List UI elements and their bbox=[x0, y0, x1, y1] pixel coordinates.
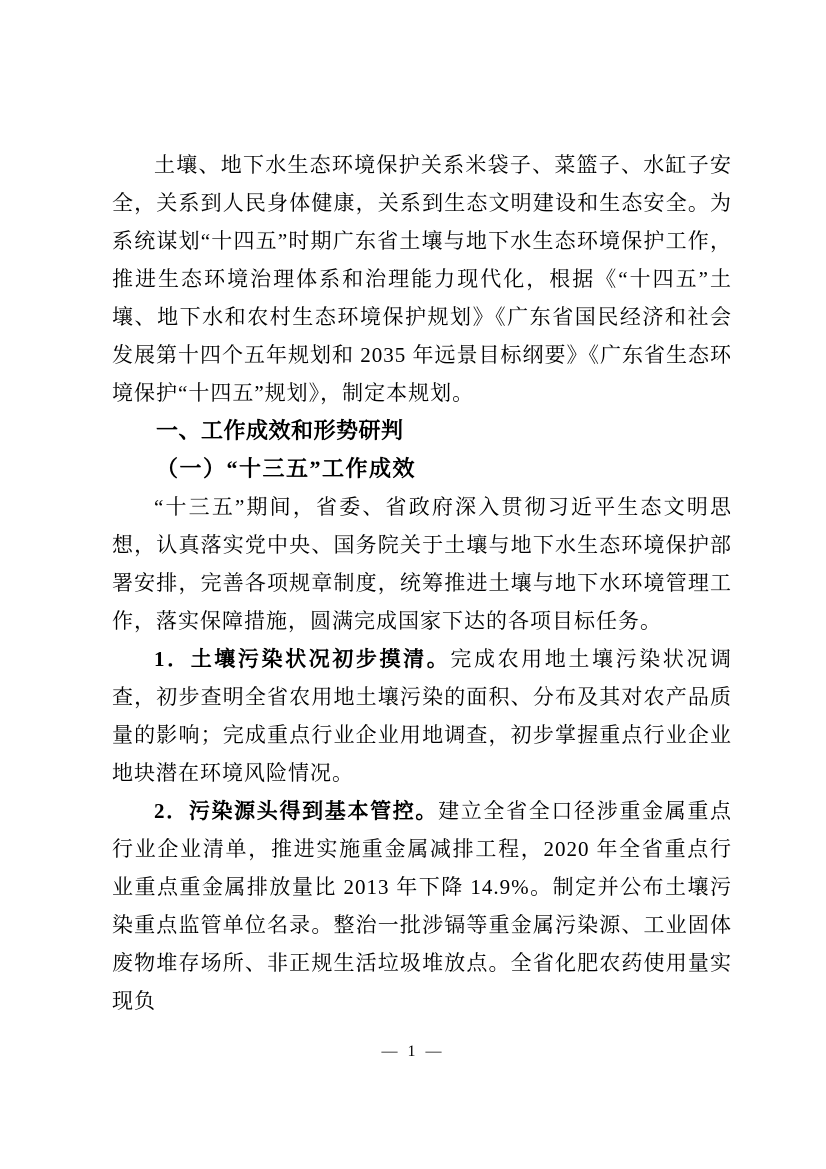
achievement-2-lead: 2．污染源头得到基本管控。 bbox=[154, 799, 438, 823]
achievement-2-text: 建立全省全口径涉重金属重点行业企业清单，推进实施重金属减排工程，2020 年全省… bbox=[112, 799, 732, 1013]
summary-paragraph: “十三五”期间，省委、省政府深入贯彻习近平生态文明思想，认真落实党中央、国务院关… bbox=[112, 488, 732, 640]
intro-paragraph: 土壤、地下水生态环境保护关系米袋子、菜篮子、水缸子安全，关系到人民身体健康，关系… bbox=[112, 146, 732, 412]
achievement-item-2: 2．污染源头得到基本管控。建立全省全口径涉重金属重点行业企业清单，推进实施重金属… bbox=[112, 792, 732, 1020]
achievement-1-lead: 1．土壤污染状况初步摸清。 bbox=[154, 647, 450, 671]
page-number: — 1 — bbox=[0, 1040, 826, 1064]
document-content: 土壤、地下水生态环境保护关系米袋子、菜篮子、水缸子安全，关系到人民身体健康，关系… bbox=[112, 146, 732, 1020]
subsection-heading: （一）“十三五”工作成效 bbox=[112, 450, 732, 488]
document-page: 土壤、地下水生态环境保护关系米袋子、菜篮子、水缸子安全，关系到人民身体健康，关系… bbox=[0, 0, 826, 1169]
achievement-item-1: 1．土壤污染状况初步摸清。完成农用地土壤污染状况调查，初步查明全省农用地土壤污染… bbox=[112, 640, 732, 792]
section-heading: 一、工作成效和形势研判 bbox=[112, 412, 732, 450]
